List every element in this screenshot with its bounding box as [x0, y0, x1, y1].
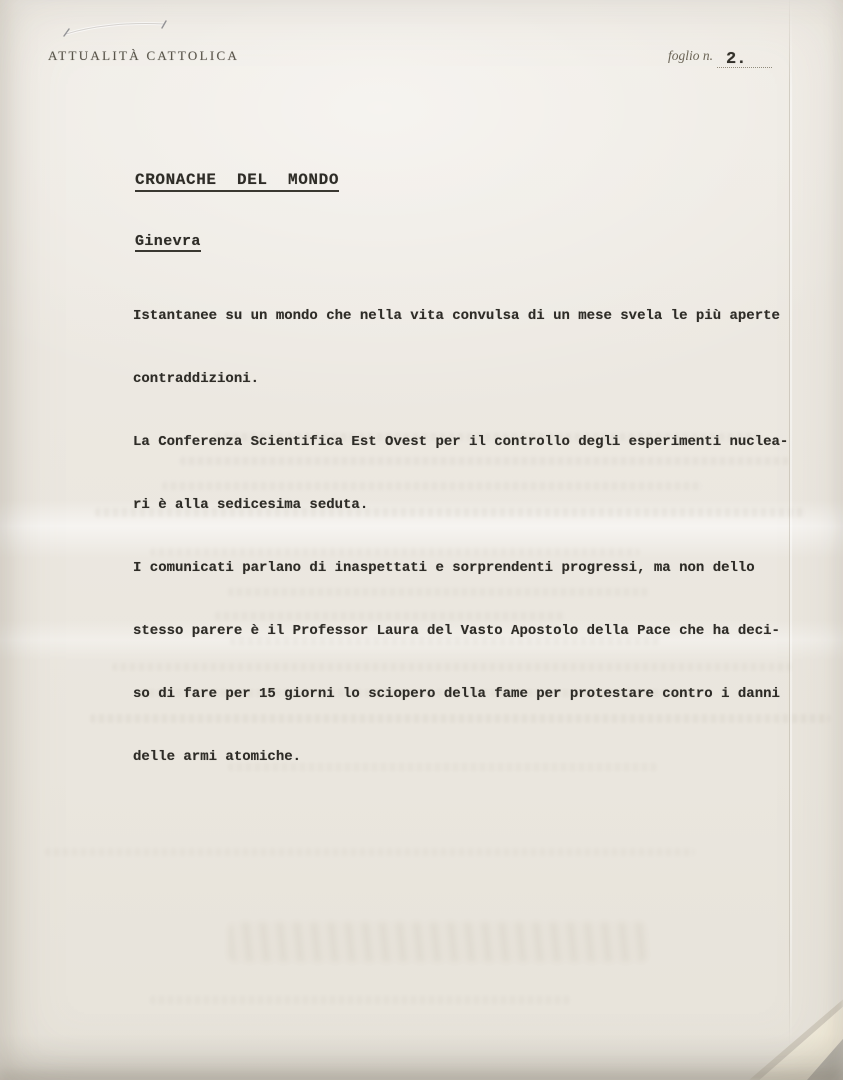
pencil-mark: [52, 6, 182, 50]
body-line: delle armi atomiche.: [133, 747, 788, 768]
folio-field: foglio n. 2.: [668, 45, 772, 68]
folio-number: 2.: [726, 50, 746, 69]
masthead-title: ATTUALITÀ CATTOLICA: [48, 48, 239, 64]
body-line: stesso parere è il Professor Laura del V…: [133, 621, 788, 642]
bleed-through-line: [150, 996, 570, 1004]
bleed-through-line: [45, 848, 695, 856]
body-line: La Conferenza Scientifica Est Ovest per …: [133, 432, 788, 453]
body-line: contraddizioni.: [133, 369, 788, 390]
body-line: so di fare per 15 giorni lo sciopero del…: [133, 684, 788, 705]
folio-dotted-line: 2.: [717, 45, 772, 68]
scanned-page: ATTUALITÀ CATTOLICA foglio n. 2. CRONACH…: [0, 0, 843, 1080]
fold-line-highlight: [790, 0, 792, 1048]
body-line: Istantanee su un mondo che nella vita co…: [133, 306, 788, 327]
body-line: I comunicati parlano di inaspettati e so…: [133, 558, 788, 579]
bottom-shadow: [0, 1034, 843, 1080]
article-title: CRONACHE DEL MONDO: [135, 171, 339, 192]
body-line: ri è alla sedicesima seduta.: [133, 495, 788, 516]
article-body: Istantanee su un mondo che nella vita co…: [133, 264, 788, 810]
folio-label: foglio n.: [668, 45, 713, 64]
bleed-through-handwriting: [228, 922, 648, 962]
fold-line: [789, 0, 790, 1048]
article-dateline: Ginevra: [135, 233, 201, 252]
